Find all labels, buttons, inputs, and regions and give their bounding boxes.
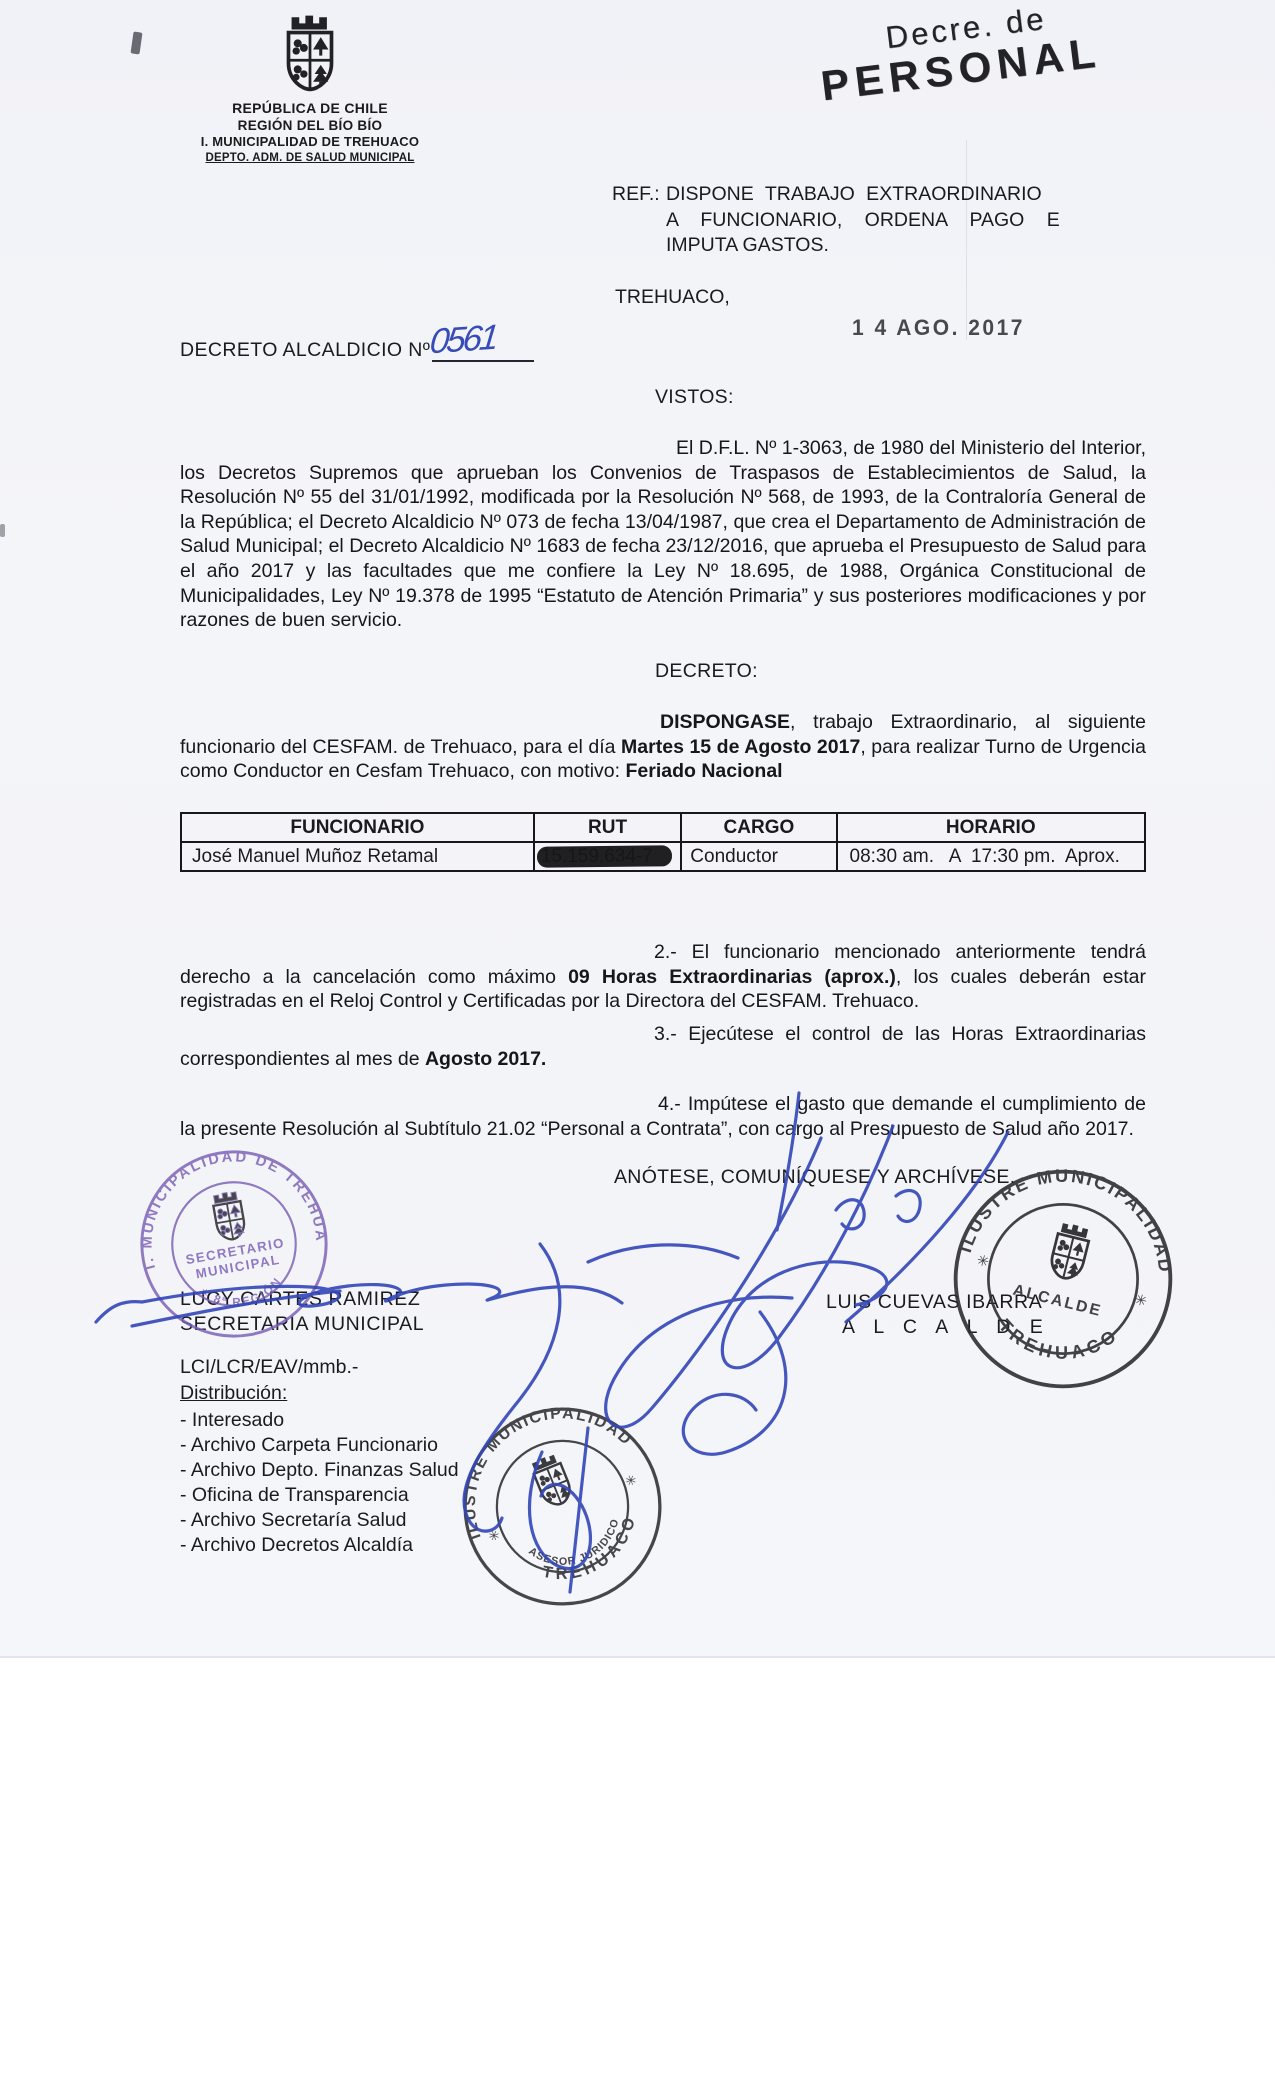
reference-line1: DISPONE TRABAJO EXTRAORDINARIO [666,182,1060,208]
letterhead: REPÚBLICA DE CHILE REGIÓN DEL BÍO BÍO I.… [180,8,440,165]
col-funcionario: FUNCIONARIO [181,813,534,842]
decree-number-line: DECRETO ALCALDICIO Nº0561 [180,334,534,362]
mayor-name: LUIS CUEVAS IBARRA [826,1291,1042,1314]
distribution-list: - Interesado - Archivo Carpeta Funcionar… [180,1408,459,1558]
coat-of-arms-icon [279,8,341,94]
vistos-title: VISTOS: [655,386,734,409]
place-line: TREHUACO, [615,286,730,309]
decree-label: DECRETO ALCALDICIO Nº [180,339,430,361]
distribution-label: Distribución: [180,1382,287,1405]
distribution-item: - Oficina de Transparencia [180,1483,459,1508]
date-stamp: 1 4 AGO. 2017 [852,317,1025,342]
rut-redaction-marker [537,845,673,867]
paragraph-2: 2.- El funcionario mencionado anteriorme… [180,940,1146,1014]
reference-block: REF.: DISPONE TRABAJO EXTRAORDINARIO A F… [612,182,1062,259]
paragraph-4: 4.- Impútese el gasto que demande el cum… [180,1092,1146,1141]
dispongase-motive-bold: Feriado Nacional [625,760,782,782]
distribution-item: - Archivo Depto. Finanzas Salud [180,1458,459,1483]
paragraph-3: 3.- Ejecútese el control de las Horas Ex… [180,1022,1146,1071]
decree-number-slot: 0561 [432,334,534,362]
letterhead-municipality: I. MUNICIPALIDAD DE TREHUACO [180,134,440,150]
cell-horario: 08:30 am. A 17:30 pm. Aprox. [837,842,1146,871]
decreto-title: DECRETO: [655,660,758,683]
vistos-paragraph: El D.F.L. Nº 1-3063, de 1980 del Ministe… [180,436,1146,633]
p3-text: 3.- Ejecútese el control de las Horas Ex… [180,1023,1146,1070]
reference-line3: IMPUTA GASTOS. [666,233,1060,259]
cell-funcionario: José Manuel Muñoz Retamal [181,842,534,871]
scanned-decree-page: REPÚBLICA DE CHILE REGIÓN DEL BÍO BÍO I.… [0,0,1275,2100]
table-row: José Manuel Muñoz Retamal 15.159.634-7 C… [181,842,1145,871]
letterhead-country: REPÚBLICA DE CHILE [180,100,440,118]
distribution-item: - Archivo Secretaría Salud [180,1508,459,1533]
p2-bold: 09 Horas Extraordinarias (aprox.) [568,966,896,988]
letterhead-region: REGIÓN DEL BÍO BÍO [180,118,440,135]
col-rut: RUT [534,813,681,842]
scan-bottom-edge [0,1656,1275,1658]
cell-rut: 15.159.634-7 [534,842,681,871]
initials-line: LCI/LCR/EAV/mmb.- [180,1356,358,1379]
letterhead-department: DEPTO. ADM. DE SALUD MUNICIPAL [180,151,440,165]
distribution-item: - Interesado [180,1408,459,1433]
reference-line2: A FUNCIONARIO, ORDENA PAGO E [666,208,1060,234]
handwritten-decree-number: 0561 [428,318,498,363]
p3-bold: Agosto 2017. [425,1048,546,1070]
col-horario: HORARIO [837,813,1146,842]
secretary-name: LUCY CARTES RAMIREZ [180,1288,420,1311]
reference-lines: DISPONE TRABAJO EXTRAORDINARIO A FUNCION… [666,182,1060,259]
overtime-table: FUNCIONARIO RUT CARGO HORARIO José Manue… [180,812,1146,872]
cell-cargo: Conductor [681,842,836,871]
distribution-item: - Archivo Decretos Alcaldía [180,1533,459,1558]
dispongase-date-bold: Martes 15 de Agosto 2017 [621,736,860,758]
table-header-row: FUNCIONARIO RUT CARGO HORARIO [181,813,1145,842]
secretary-title: SECRETARIA MUNICIPAL [180,1313,424,1336]
scan-artifact-mark [0,524,5,537]
distribution-item: - Archivo Carpeta Funcionario [180,1433,459,1458]
col-cargo: CARGO [681,813,836,842]
reference-label: REF.: [612,182,666,259]
anotese-line: ANÓTESE, COMUNÍQUESE Y ARCHÍVESE. [614,1166,1015,1189]
dispongase-bold: DISPONGASE [660,711,790,733]
mayor-title: A L C A L D E [842,1316,1050,1339]
dispongase-paragraph: DISPONGASE, trabajo Extraordinario, al s… [180,710,1146,784]
